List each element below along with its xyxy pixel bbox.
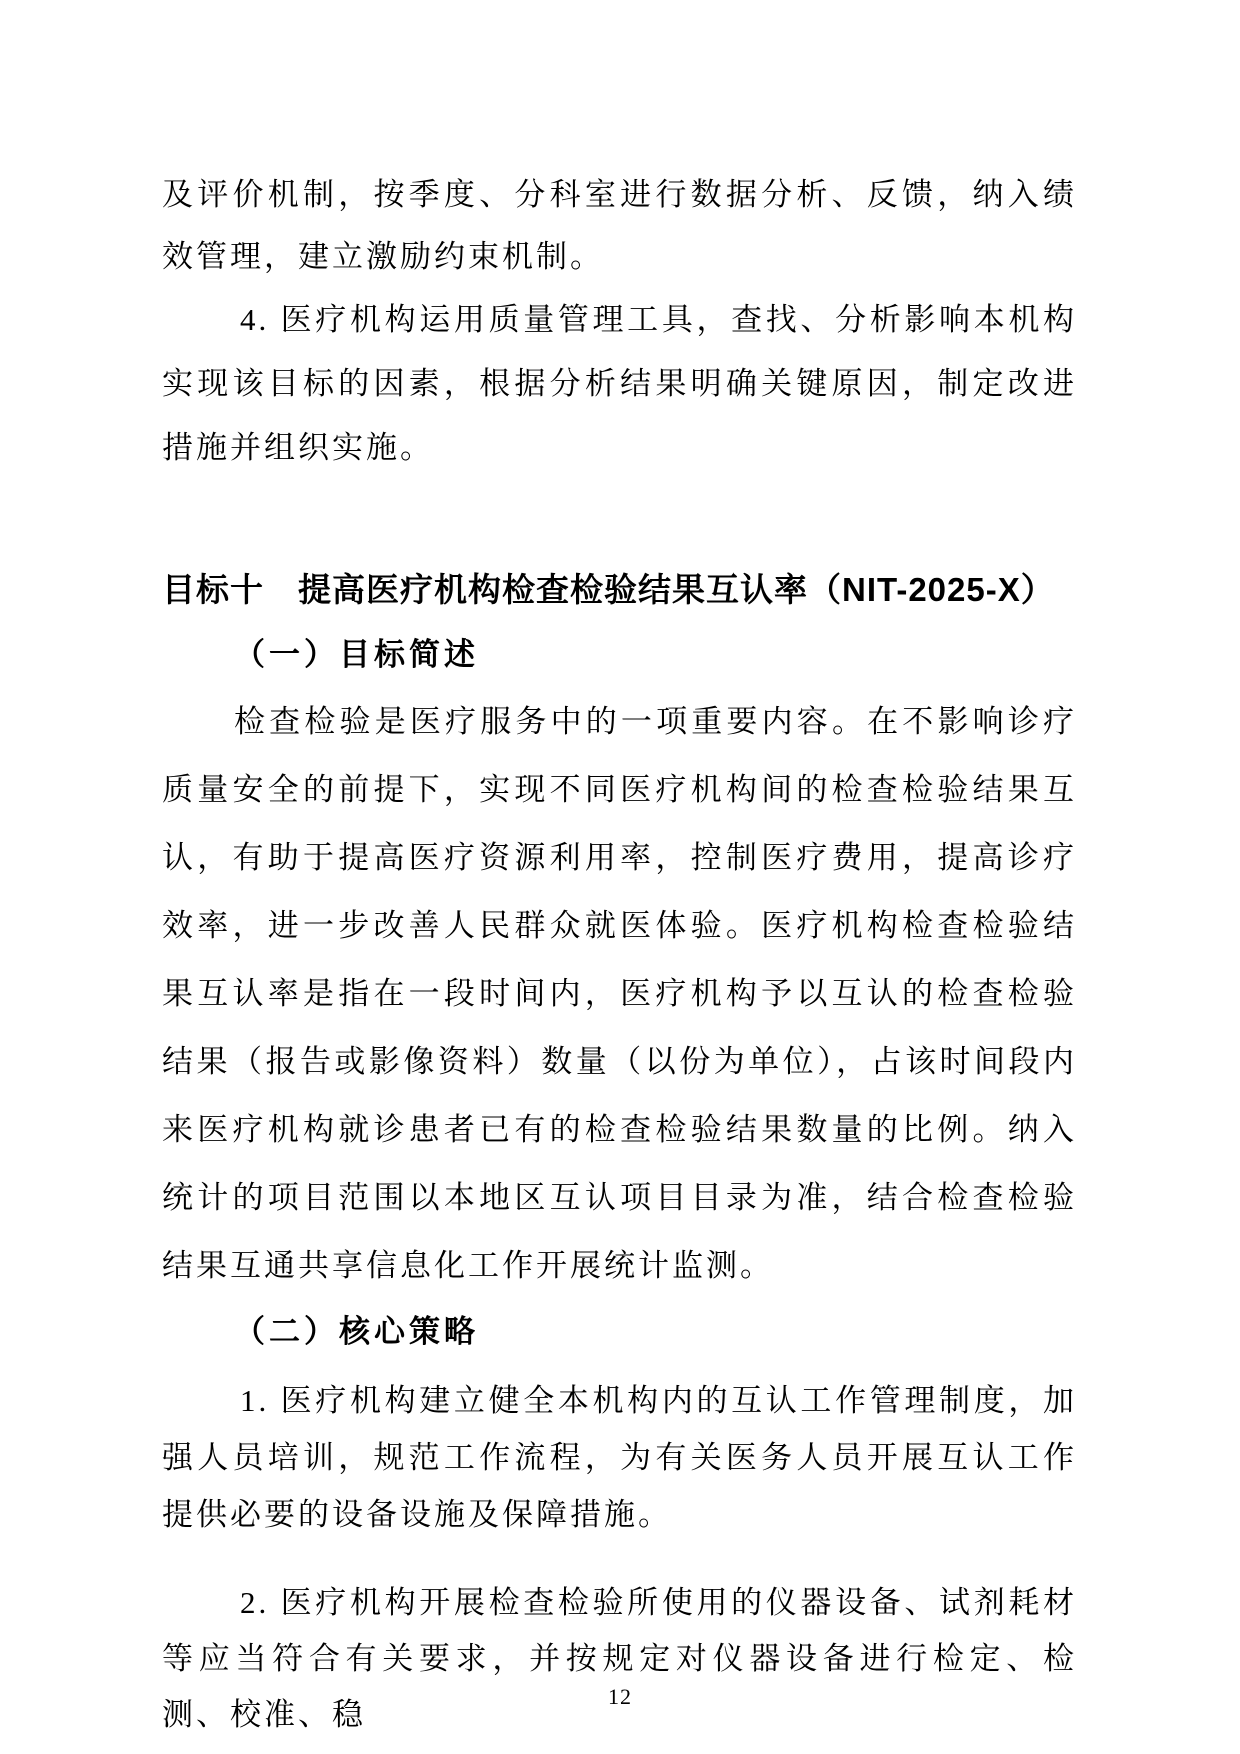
strategy-item-1: 1. 医疗机构建立健全本机构内的互认工作管理制度，加强人员培训，规范工作流程，为… bbox=[162, 1372, 1077, 1543]
section-2-heading: （二）核心策略 bbox=[162, 1300, 1077, 1364]
strategy-item-2: 2. 医疗机构开展检查检验所使用的仪器设备、试剂耗材等应当符合有关要求，并按规定… bbox=[162, 1575, 1077, 1743]
page-content: 及评价机制，按季度、分科室进行数据分析、反馈，纳入绩效管理，建立激励约束机制。 … bbox=[162, 164, 1077, 1743]
section-1-body: 检查检验是医疗服务中的一项重要内容。在不影响诊疗质量安全的前提下，实现不同医疗机… bbox=[162, 688, 1077, 1300]
goal-10-heading: 目标十 提高医疗机构检查检验结果互认率（NIT-2025-X） bbox=[162, 558, 1077, 622]
prev-paragraph-tail: 及评价机制，按季度、分科室进行数据分析、反馈，纳入绩效管理，建立激励约束机制。 bbox=[162, 164, 1077, 288]
page-number: 12 bbox=[0, 1684, 1240, 1710]
document-page: 及评价机制，按季度、分科室进行数据分析、反馈，纳入绩效管理，建立激励约束机制。 … bbox=[0, 0, 1240, 1754]
section-1-heading: （一）目标简述 bbox=[162, 622, 1077, 688]
strategy-item-4: 4. 医疗机构运用质量管理工具，查找、分析影响本机构实现该目标的因素，根据分析结… bbox=[162, 288, 1077, 480]
